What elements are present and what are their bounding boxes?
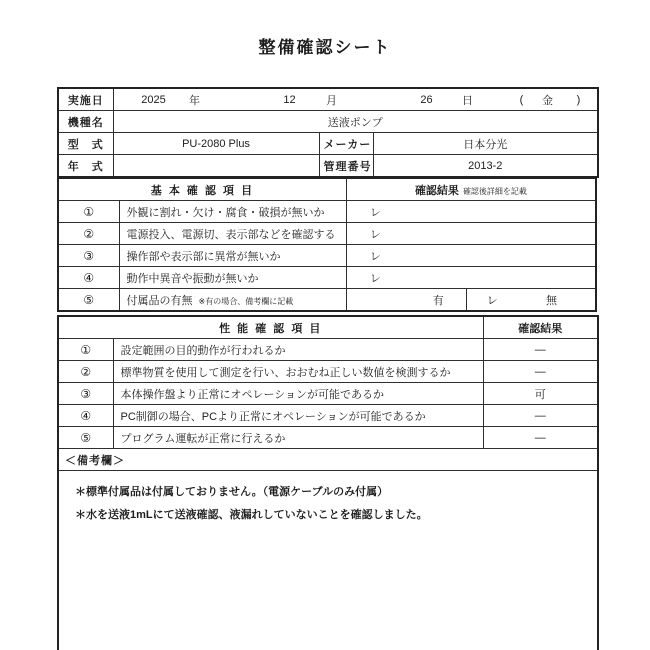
table-row: ④ 動作中異音や振動が無いか レ	[58, 267, 596, 289]
table-row: 年 式 管理番号 2013-2	[58, 155, 598, 178]
date-label: 実施日	[58, 88, 113, 111]
table-row: ① 設定範囲の目的動作が行われるか ―	[58, 339, 598, 361]
check-mark: レ	[346, 223, 596, 245]
remarks-section-label: ＜備考欄＞	[58, 449, 598, 471]
row-number: ①	[58, 201, 119, 223]
row-number: ③	[58, 245, 119, 267]
accessories-no-label: 無	[546, 292, 557, 308]
maintenance-check-sheet: 整備確認シート 実施日 2025 年 12 月 26 日 ( 金 ) 機種名 送…	[0, 0, 650, 650]
basic-check-table: 基 本 確 認 項 目 確認結果確認後詳細を記載 ① 外観に割れ・欠け・腐食・破…	[57, 177, 597, 312]
table-row: 型 式 PU-2080 Plus メーカー 日本分光	[58, 133, 598, 155]
accessories-yes-cell: 有	[346, 289, 466, 312]
table-row: ＜備考欄＞	[58, 449, 598, 471]
remarks-line: ＊水を送液1mLにて送液確認、液漏れしていないことを確認しました。	[75, 508, 597, 522]
result-value: ―	[483, 405, 598, 427]
date-year: 2025	[141, 94, 165, 106]
table-row: ④ PC制御の場合、PCより正常にオペレーションが可能であるか ―	[58, 405, 598, 427]
info-table: 実施日 2025 年 12 月 26 日 ( 金 ) 機種名 送液ポンプ 型 式…	[57, 87, 599, 178]
check-item-text: 付属品の有無	[127, 295, 193, 307]
row-number: ⑤	[58, 289, 119, 312]
check-item: PC制御の場合、PCより正常にオペレーションが可能であるか	[113, 405, 483, 427]
date-month: 12	[283, 94, 295, 106]
table-row: ⑤ 付属品の有無※有の場合、備考欄に記載 有 レ 無	[58, 289, 596, 312]
check-item: 本体操作盤より正常にオペレーションが可能であるか	[113, 383, 483, 405]
performance-check-table: 性 能 確 認 項 目 確認結果 ① 設定範囲の目的動作が行われるか ― ② 標…	[57, 315, 599, 650]
check-item: 標準物質を使用して測定を行い、おおむね正しい数値を検測するか	[113, 361, 483, 383]
date-year-unit: 年	[189, 92, 200, 108]
table-header-row: 性 能 確 認 項 目 確認結果	[58, 316, 598, 339]
table-row: ＊標準付属品は付属しておりません。（電源ケーブルのみ付属） ＊水を送液1mLにて…	[58, 471, 598, 650]
remarks-line: ＊標準付属品は付属しておりません。（電源ケーブルのみ付属）	[75, 485, 597, 499]
table-row: 実施日 2025 年 12 月 26 日 ( 金 )	[58, 88, 598, 111]
table-row: ② 電源投入、電源切、表示部などを確認する レ	[58, 223, 596, 245]
model-type-value: PU-2080 Plus	[113, 133, 319, 155]
check-mark: レ	[346, 267, 596, 289]
maker-label: メーカー	[319, 133, 373, 155]
table-row: ③ 本体操作盤より正常にオペレーションが可能であるか 可	[58, 383, 598, 405]
paren-open: (	[520, 94, 524, 106]
date-weekday: 金	[542, 92, 553, 108]
table-header-row: 基 本 確 認 項 目 確認結果確認後詳細を記載	[58, 178, 596, 201]
year-type-value	[113, 155, 319, 178]
model-name-label: 機種名	[58, 111, 113, 133]
performance-items-header: 性 能 確 認 項 目	[58, 316, 483, 339]
check-item-note: ※有の場合、備考欄に記載	[199, 297, 294, 306]
result-value: 可	[483, 383, 598, 405]
year-type-label: 年 式	[58, 155, 113, 178]
row-number: ②	[58, 223, 119, 245]
check-item: 動作中異音や振動が無いか	[119, 267, 346, 289]
row-number: ⑤	[58, 427, 113, 449]
row-number: ②	[58, 361, 113, 383]
result-header-label: 確認結果	[415, 185, 459, 197]
paren-close: )	[577, 94, 581, 106]
row-number: ③	[58, 383, 113, 405]
check-item: 設定範囲の目的動作が行われるか	[113, 339, 483, 361]
result-value: ―	[483, 361, 598, 383]
remarks-box: ＊標準付属品は付属しておりません。（電源ケーブルのみ付属） ＊水を送液1mLにて…	[58, 471, 598, 650]
table-row: ⑤ プログラム運転が正常に行えるか ―	[58, 427, 598, 449]
basic-result-header: 確認結果確認後詳細を記載	[346, 178, 596, 201]
model-name-value: 送液ポンプ	[113, 111, 598, 133]
check-mark: レ	[346, 201, 596, 223]
check-item: 電源投入、電源切、表示部などを確認する	[119, 223, 346, 245]
control-number-value: 2013-2	[373, 155, 598, 178]
accessories-no-cell: レ 無	[466, 289, 596, 312]
date-day-unit: 日	[462, 92, 473, 108]
table-row: ③ 操作部や表示部に異常が無いか レ	[58, 245, 596, 267]
check-mark: レ	[346, 245, 596, 267]
maker-value: 日本分光	[373, 133, 598, 155]
result-value: ―	[483, 427, 598, 449]
table-row: ② 標準物質を使用して測定を行い、おおむね正しい数値を検測するか ―	[58, 361, 598, 383]
row-number: ④	[58, 405, 113, 427]
check-item: 操作部や表示部に異常が無いか	[119, 245, 346, 267]
check-item: 付属品の有無※有の場合、備考欄に記載	[119, 289, 346, 312]
check-item: プログラム運転が正常に行えるか	[113, 427, 483, 449]
control-number-label: 管理番号	[319, 155, 373, 178]
table-row: ① 外観に割れ・欠け・腐食・破損が無いか レ	[58, 201, 596, 223]
result-value: ―	[483, 339, 598, 361]
date-value-cell: 2025 年 12 月 26 日 ( 金 )	[113, 88, 598, 111]
row-number: ①	[58, 339, 113, 361]
check-mark: レ	[487, 292, 498, 308]
date-day: 26	[420, 94, 432, 106]
check-item: 外観に割れ・欠け・腐食・破損が無いか	[119, 201, 346, 223]
basic-items-header: 基 本 確 認 項 目	[58, 178, 346, 201]
row-number: ④	[58, 267, 119, 289]
date-month-unit: 月	[326, 92, 337, 108]
model-type-label: 型 式	[58, 133, 113, 155]
table-row: 機種名 送液ポンプ	[58, 111, 598, 133]
page-title: 整備確認シート	[0, 33, 650, 58]
result-header-note: 確認後詳細を記載	[463, 187, 527, 196]
performance-result-header: 確認結果	[483, 316, 598, 339]
